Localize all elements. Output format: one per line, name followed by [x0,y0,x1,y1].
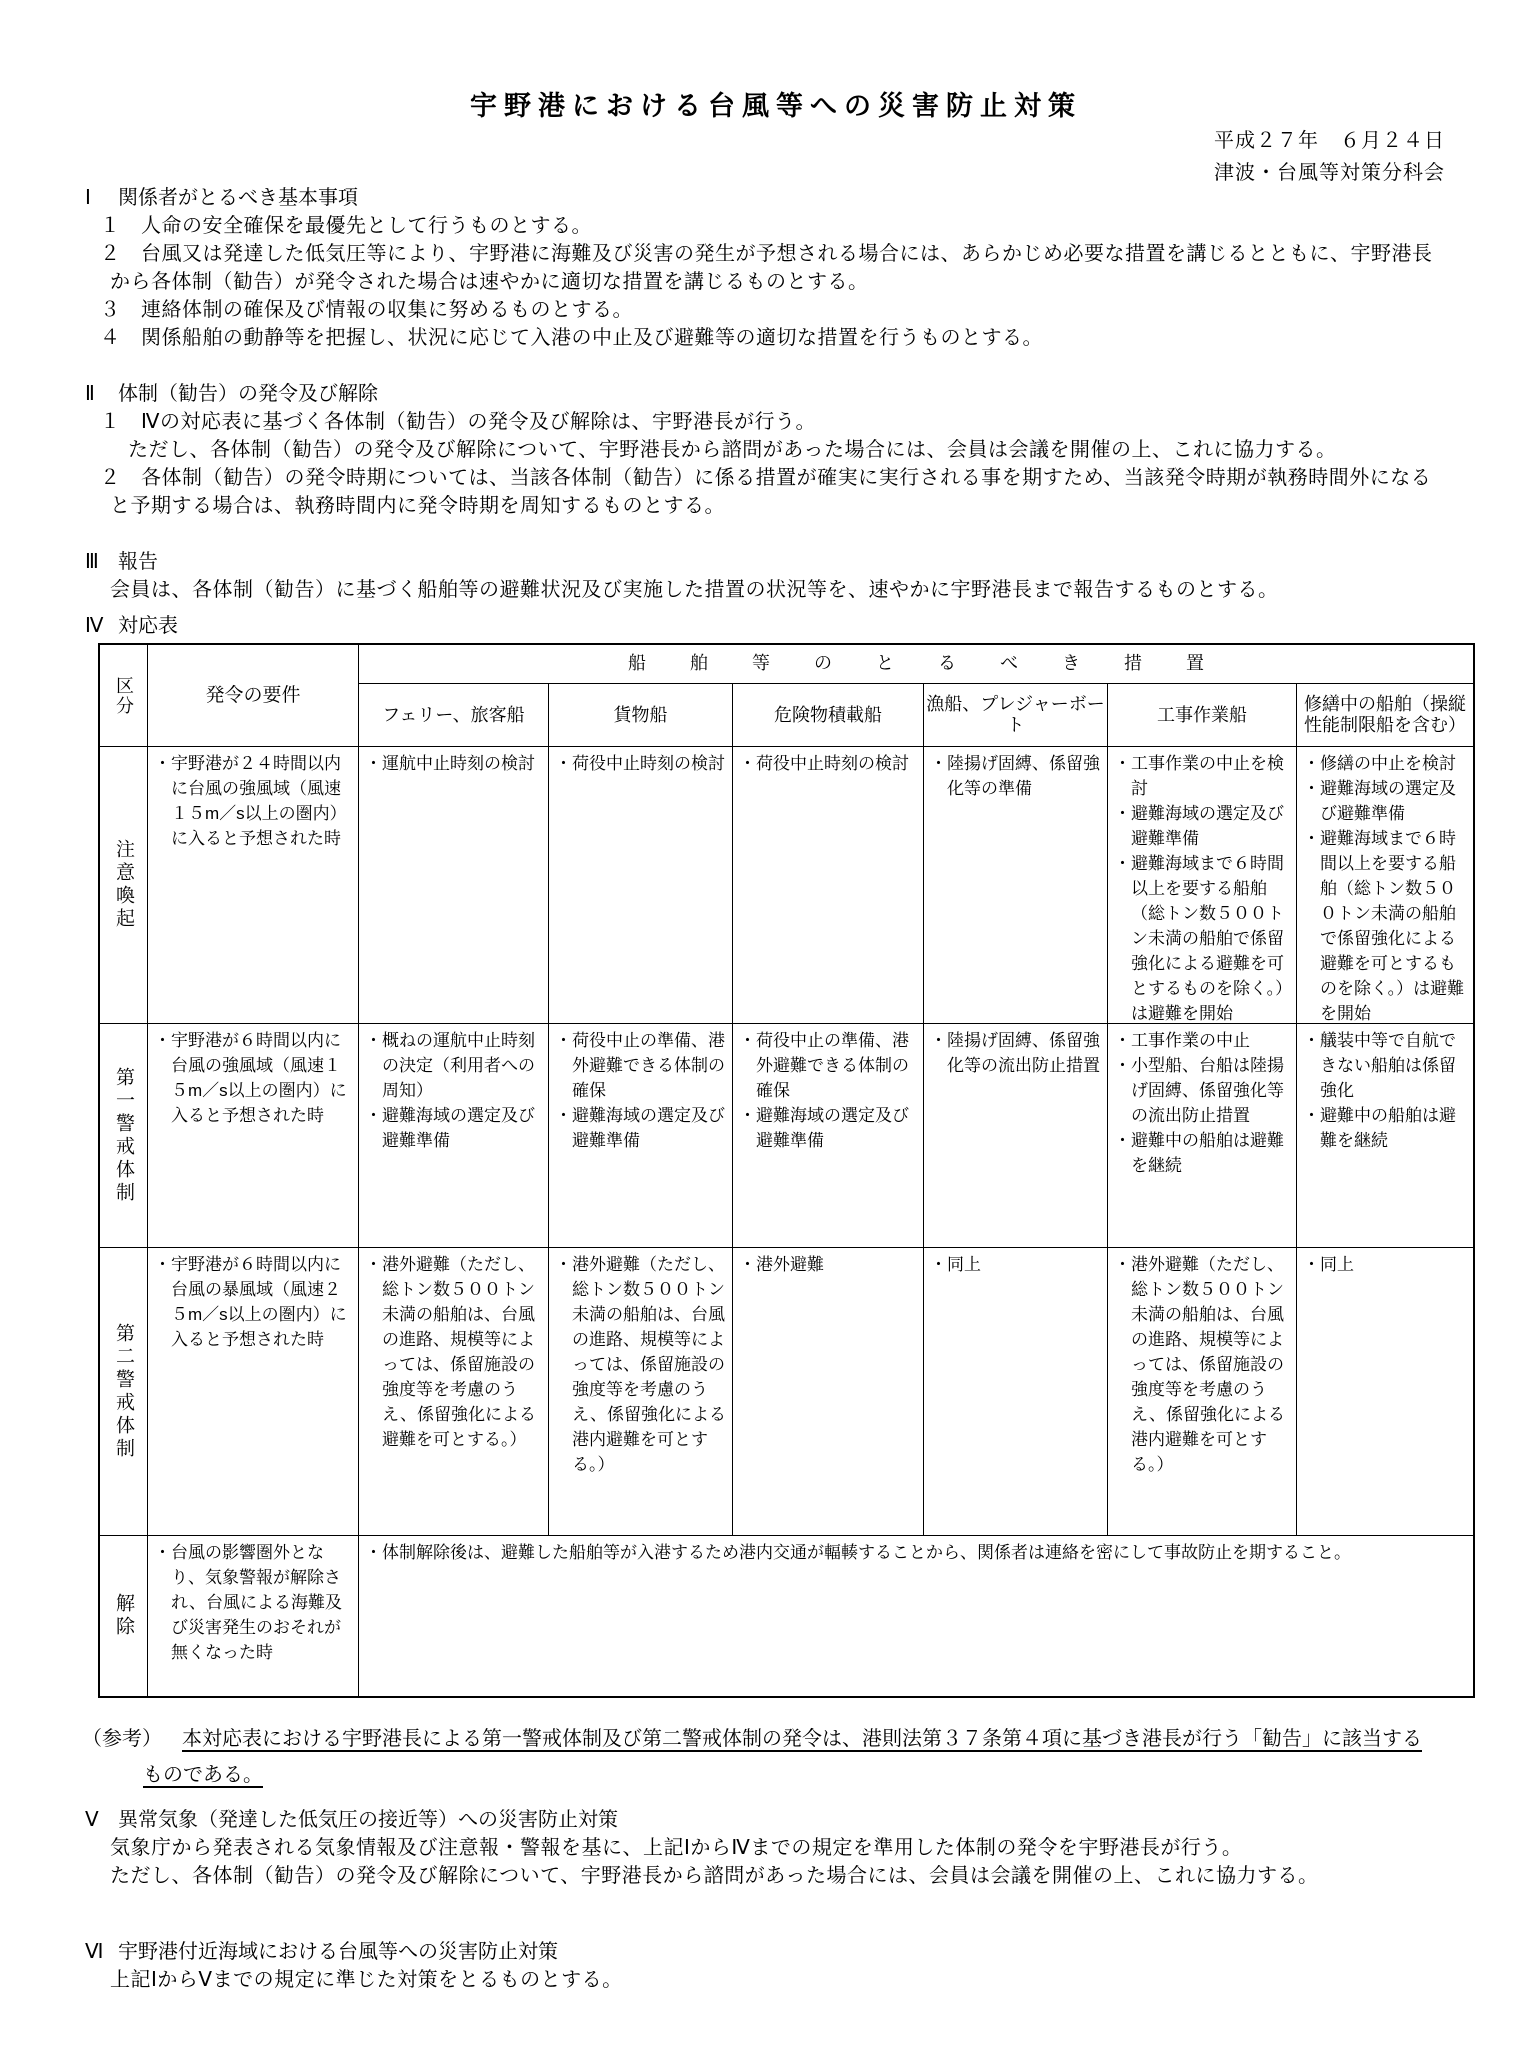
section-5: Ⅴ異常気象（発達した低気圧の接近等）への災害防止対策 気象庁から発表される気象情… [85,1806,1319,1890]
table-cell: ・工事作業の中止・小型船、台船は陸揚げ固縛、係留強化等の流出防止措置・避難中の船… [1108,1024,1297,1248]
section-3: Ⅲ報告 会員は、各体制（勧告）に基づく船舶等の避難状況及び実施した措置の状況等を… [85,548,1279,604]
bullet-item: ・荷役中止時刻の検討 [739,751,921,776]
table-cell: ・同上 [1297,1248,1473,1536]
table-cell: ・港外避難（ただし、総トン数５００トン未満の船舶は、台風の進路、規模等によっては… [1108,1248,1297,1536]
body-line: と予期する場合は、執務時間内に発令時期を周知するものとする。 [85,492,1431,520]
section-3-heading: Ⅲ報告 [85,548,1279,576]
bullet-item: ・陸揚げ固縛、係留強化等の流出防止措置 [930,1028,1105,1078]
table-cell-requirement: ・宇野港が６時間以内に台風の暴風域（風速２５m／s以上の圏内）に入ると予想された… [148,1248,359,1536]
table-cell-requirement: ・宇野港が２４時間以内に台風の強風域（風速１５m／s以上の圏内）に入ると予想され… [148,747,359,1024]
table-header-measures: 船舶等のとるべき措置 [359,645,1473,684]
table-cell: ・荷役中止の準備、港外避難できる体制の確保・避難海域の選定及び避難準備 [549,1024,733,1248]
body-line: ２ 各体制（勧告）の発令時期については、当該各体制（勧告）に係る措置が確実に実行… [85,464,1431,492]
section-1: Ⅰ関係者がとるべき基本事項 １ 人命の安全確保を最優先として行うものとする。 ２… [85,184,1433,352]
reference-note-line1: （参考）本対応表における宇野港長による第一警戒体制及び第二警戒体制の発令は、港則… [82,1722,1422,1751]
section-number: Ⅳ [85,612,105,640]
section-4-heading: Ⅳ対応表 [85,612,178,640]
table-header-ship-type: 工事作業船 [1108,684,1297,747]
body-line: ３ 連絡体制の確保及び情報の収集に努めるものとする。 [85,296,1433,324]
table-cell-requirement: ・宇野港が６時間以内に台風の強風域（風速１５m／s以上の圏内）に入ると予想された… [148,1024,359,1248]
bullet-item: ・避難海域の選定及び避難準備 [1114,801,1294,851]
table-cell: ・陸揚げ固縛、係留強化等の流出防止措置 [924,1024,1108,1248]
table-row-category: 第二警戒体制 [100,1248,148,1536]
bullet-item: ・修繕の中止を検討 [1303,751,1471,776]
section-2: Ⅱ体制（勧告）の発令及び解除 １ Ⅳの対応表に基づく各体制（勧告）の発令及び解除… [85,380,1431,520]
bullet-item: ・避難海域まで６時間以上を要する船舶（総トン数５００トン未満の船舶で係留強化によ… [1114,851,1294,1024]
body-line: ただし、各体制（勧告）の発令及び解除について、宇野港長から諮問があった場合には、… [85,1862,1319,1890]
table-header-ship-type: フェリー、旅客船 [359,684,549,747]
table-cell: ・荷役中止時刻の検討 [733,747,924,1024]
bullet-item: ・台風の影響圏外となり、気象警報が解除され、台風による海難及び災害発生のおそれが… [154,1540,356,1665]
bullet-item: ・小型船、台船は陸揚げ固縛、係留強化等の流出防止措置 [1114,1053,1294,1128]
reference-note-label: （参考） [82,1722,162,1751]
table-header-ship-type: 修繕中の船舶（操縦性能制限船を含む） [1297,684,1473,747]
section-6-heading: Ⅵ宇野港付近海域における台風等への災害防止対策 [85,1938,623,1966]
bullet-item: ・荷役中止の準備、港外避難できる体制の確保 [739,1028,921,1103]
table-cell-merged: ・体制解除後は、避難した船舶等が入港するため港内交通が輻輳することから、関係者は… [359,1536,1473,1696]
section-number: Ⅱ [85,380,105,408]
table-cell: ・港外避難（ただし、総トン数５００トン未満の船舶は、台風の進路、規模等によっては… [359,1248,549,1536]
bullet-item: ・港外避難（ただし、総トン数５００トン未満の船舶は、台風の進路、規模等によっては… [365,1252,546,1452]
table-cell: ・荷役中止の準備、港外避難できる体制の確保・避難海域の選定及び避難準備 [733,1024,924,1248]
bullet-item: ・避難海域の選定及び避難準備 [365,1103,546,1153]
table-cell: ・概ねの運航中止時刻の決定（利用者への周知）・避難海域の選定及び避難準備 [359,1024,549,1248]
bullet-item: ・陸揚げ固縛、係留強化等の準備 [930,751,1105,801]
body-line: 上記ⅠからⅤまでの規定に準じた対策をとるものとする。 [85,1966,623,1994]
section-6: Ⅵ宇野港付近海域における台風等への災害防止対策 上記ⅠからⅤまでの規定に準じた対… [85,1938,623,1994]
table-header-category: 区分 [100,645,148,747]
table-cell: ・工事作業の中止を検討・避難海域の選定及び避難準備・避難海域まで６時間以上を要す… [1108,747,1297,1024]
bullet-item: ・港外避難（ただし、総トン数５００トン未満の船舶は、台風の進路、規模等によっては… [1114,1252,1294,1477]
table-cell: ・荷役中止時刻の検討 [549,747,733,1024]
section-title: 異常気象（発達した低気圧の接近等）への災害防止対策 [118,1809,618,1831]
committee-name: 津波・台風等対策分科会 [1214,156,1445,185]
section-1-heading: Ⅰ関係者がとるべき基本事項 [85,184,1433,212]
bullet-item: ・同上 [930,1252,1105,1277]
section-number: Ⅲ [85,548,105,576]
bullet-item: ・荷役中止時刻の検討 [555,751,730,776]
bullet-item: ・避難海域まで６時間以上を要する船舶（総トン数５００トン未満の船舶で係留強化によ… [1303,826,1471,1024]
reference-note-line2: ものである。 [143,1758,263,1787]
section-5-heading: Ⅴ異常気象（発達した低気圧の接近等）への災害防止対策 [85,1806,1319,1834]
body-line: １ 人命の安全確保を最優先として行うものとする。 [85,212,1433,240]
bullet-item: ・同上 [1303,1252,1471,1277]
body-line: ただし、各体制（勧告）の発令及び解除について、宇野港長から諮問があった場合には、… [85,436,1431,464]
table-header-ship-type: 漁船、プレジャーボート [924,684,1108,747]
bullet-item: ・体制解除後は、避難した船舶等が入港するため港内交通が輻輳することから、関係者は… [365,1540,1471,1565]
document-date: 平成２７年 ６月２４日 [1214,124,1445,153]
document-title: 宇野港における台風等への災害防止対策 [470,84,1082,123]
bullet-item: ・避難中の船舶は避難を継続 [1303,1103,1471,1153]
bullet-item: ・宇野港が６時間以内に台風の強風域（風速１５m／s以上の圏内）に入ると予想された… [154,1028,356,1128]
bullet-item: ・避難海域の選定及び避難準備 [739,1103,921,1153]
bullet-item: ・工事作業の中止 [1114,1028,1294,1053]
table-row-category: 解除 [100,1536,148,1696]
body-line: 会員は、各体制（勧告）に基づく船舶等の避難状況及び実施した措置の状況等を、速やか… [85,576,1279,604]
section-title: 体制（勧告）の発令及び解除 [118,383,378,405]
section-title: 宇野港付近海域における台風等への災害防止対策 [118,1941,558,1963]
bullet-item: ・宇野港が２４時間以内に台風の強風域（風速１５m／s以上の圏内）に入ると予想され… [154,751,356,851]
document-page: 宇野港における台風等への災害防止対策 平成２７年 ６月２４日 津波・台風等対策分… [0,0,1525,2050]
body-line: １ Ⅳの対応表に基づく各体制（勧告）の発令及び解除は、宇野港長が行う。 [85,408,1431,436]
table-cell: ・陸揚げ固縛、係留強化等の準備 [924,747,1108,1024]
body-line: 気象庁から発表される気象情報及び注意報・警報を基に、上記ⅠからⅣまでの規定を準用… [85,1834,1319,1862]
table-row-category: 注意喚起 [100,747,148,1024]
section-title: 関係者がとるべき基本事項 [118,187,358,209]
section-title: 報告 [118,551,158,573]
bullet-item: ・概ねの運航中止時刻の決定（利用者への周知） [365,1028,546,1103]
table-cell: ・修繕の中止を検討・避難海域の選定及び避難準備・避難海域まで６時間以上を要する船… [1297,747,1473,1024]
table-cell: ・運航中止時刻の検討 [359,747,549,1024]
table-header-ship-type: 危険物積載船 [733,684,924,747]
bullet-item: ・避難中の船舶は避難を継続 [1114,1128,1294,1178]
section-number: Ⅴ [85,1806,105,1834]
table-cell: ・同上 [924,1248,1108,1536]
body-line: から各体制（勧告）が発令された場合は速やかに適切な措置を講じるものとする。 [85,268,1433,296]
section-number: Ⅵ [85,1938,105,1966]
body-line: ４ 関係船舶の動静等を把握し、状況に応じて入港の中止及び避難等の適切な措置を行う… [85,324,1433,352]
body-line: ２ 台風又は発達した低気圧等により、宇野港に海難及び災害の発生が予想される場合に… [85,240,1433,268]
bullet-item: ・荷役中止の準備、港外避難できる体制の確保 [555,1028,730,1103]
table-cell: ・艤装中等で自航できない船舶は係留強化・避難中の船舶は避難を継続 [1297,1024,1473,1248]
section-2-heading: Ⅱ体制（勧告）の発令及び解除 [85,380,1431,408]
bullet-item: ・避難海域の選定及び避難準備 [555,1103,730,1153]
section-title: 対応表 [118,615,178,637]
bullet-item: ・港外避難 [739,1252,921,1277]
bullet-item: ・港外避難（ただし、総トン数５００トン未満の船舶は、台風の進路、規模等によっては… [555,1252,730,1477]
table-cell: ・港外避難 [733,1248,924,1536]
bullet-item: ・運航中止時刻の検討 [365,751,546,776]
bullet-item: ・宇野港が６時間以内に台風の暴風域（風速２５m／s以上の圏内）に入ると予想された… [154,1252,356,1352]
table-cell: ・港外避難（ただし、総トン数５００トン未満の船舶は、台風の進路、規模等によっては… [549,1248,733,1536]
table-cell-requirement: ・台風の影響圏外となり、気象警報が解除され、台風による海難及び災害発生のおそれが… [148,1536,359,1696]
table-header-ship-type: 貨物船 [549,684,733,747]
reference-note-text: 本対応表における宇野港長による第一警戒体制及び第二警戒体制の発令は、港則法第３７… [182,1728,1422,1750]
bullet-item: ・避難海域の選定及び避難準備 [1303,776,1471,826]
bullet-item: ・艤装中等で自航できない船舶は係留強化 [1303,1028,1471,1103]
table-header-requirement: 発令の要件 [148,645,359,747]
table-row-category: 第一警戒体制 [100,1024,148,1248]
correspondence-table: 区分 発令の要件 船舶等のとるべき措置 フェリー、旅客船 貨物船 危険物積載船 … [98,643,1475,1698]
bullet-item: ・工事作業の中止を検討 [1114,751,1294,801]
section-number: Ⅰ [85,184,105,212]
